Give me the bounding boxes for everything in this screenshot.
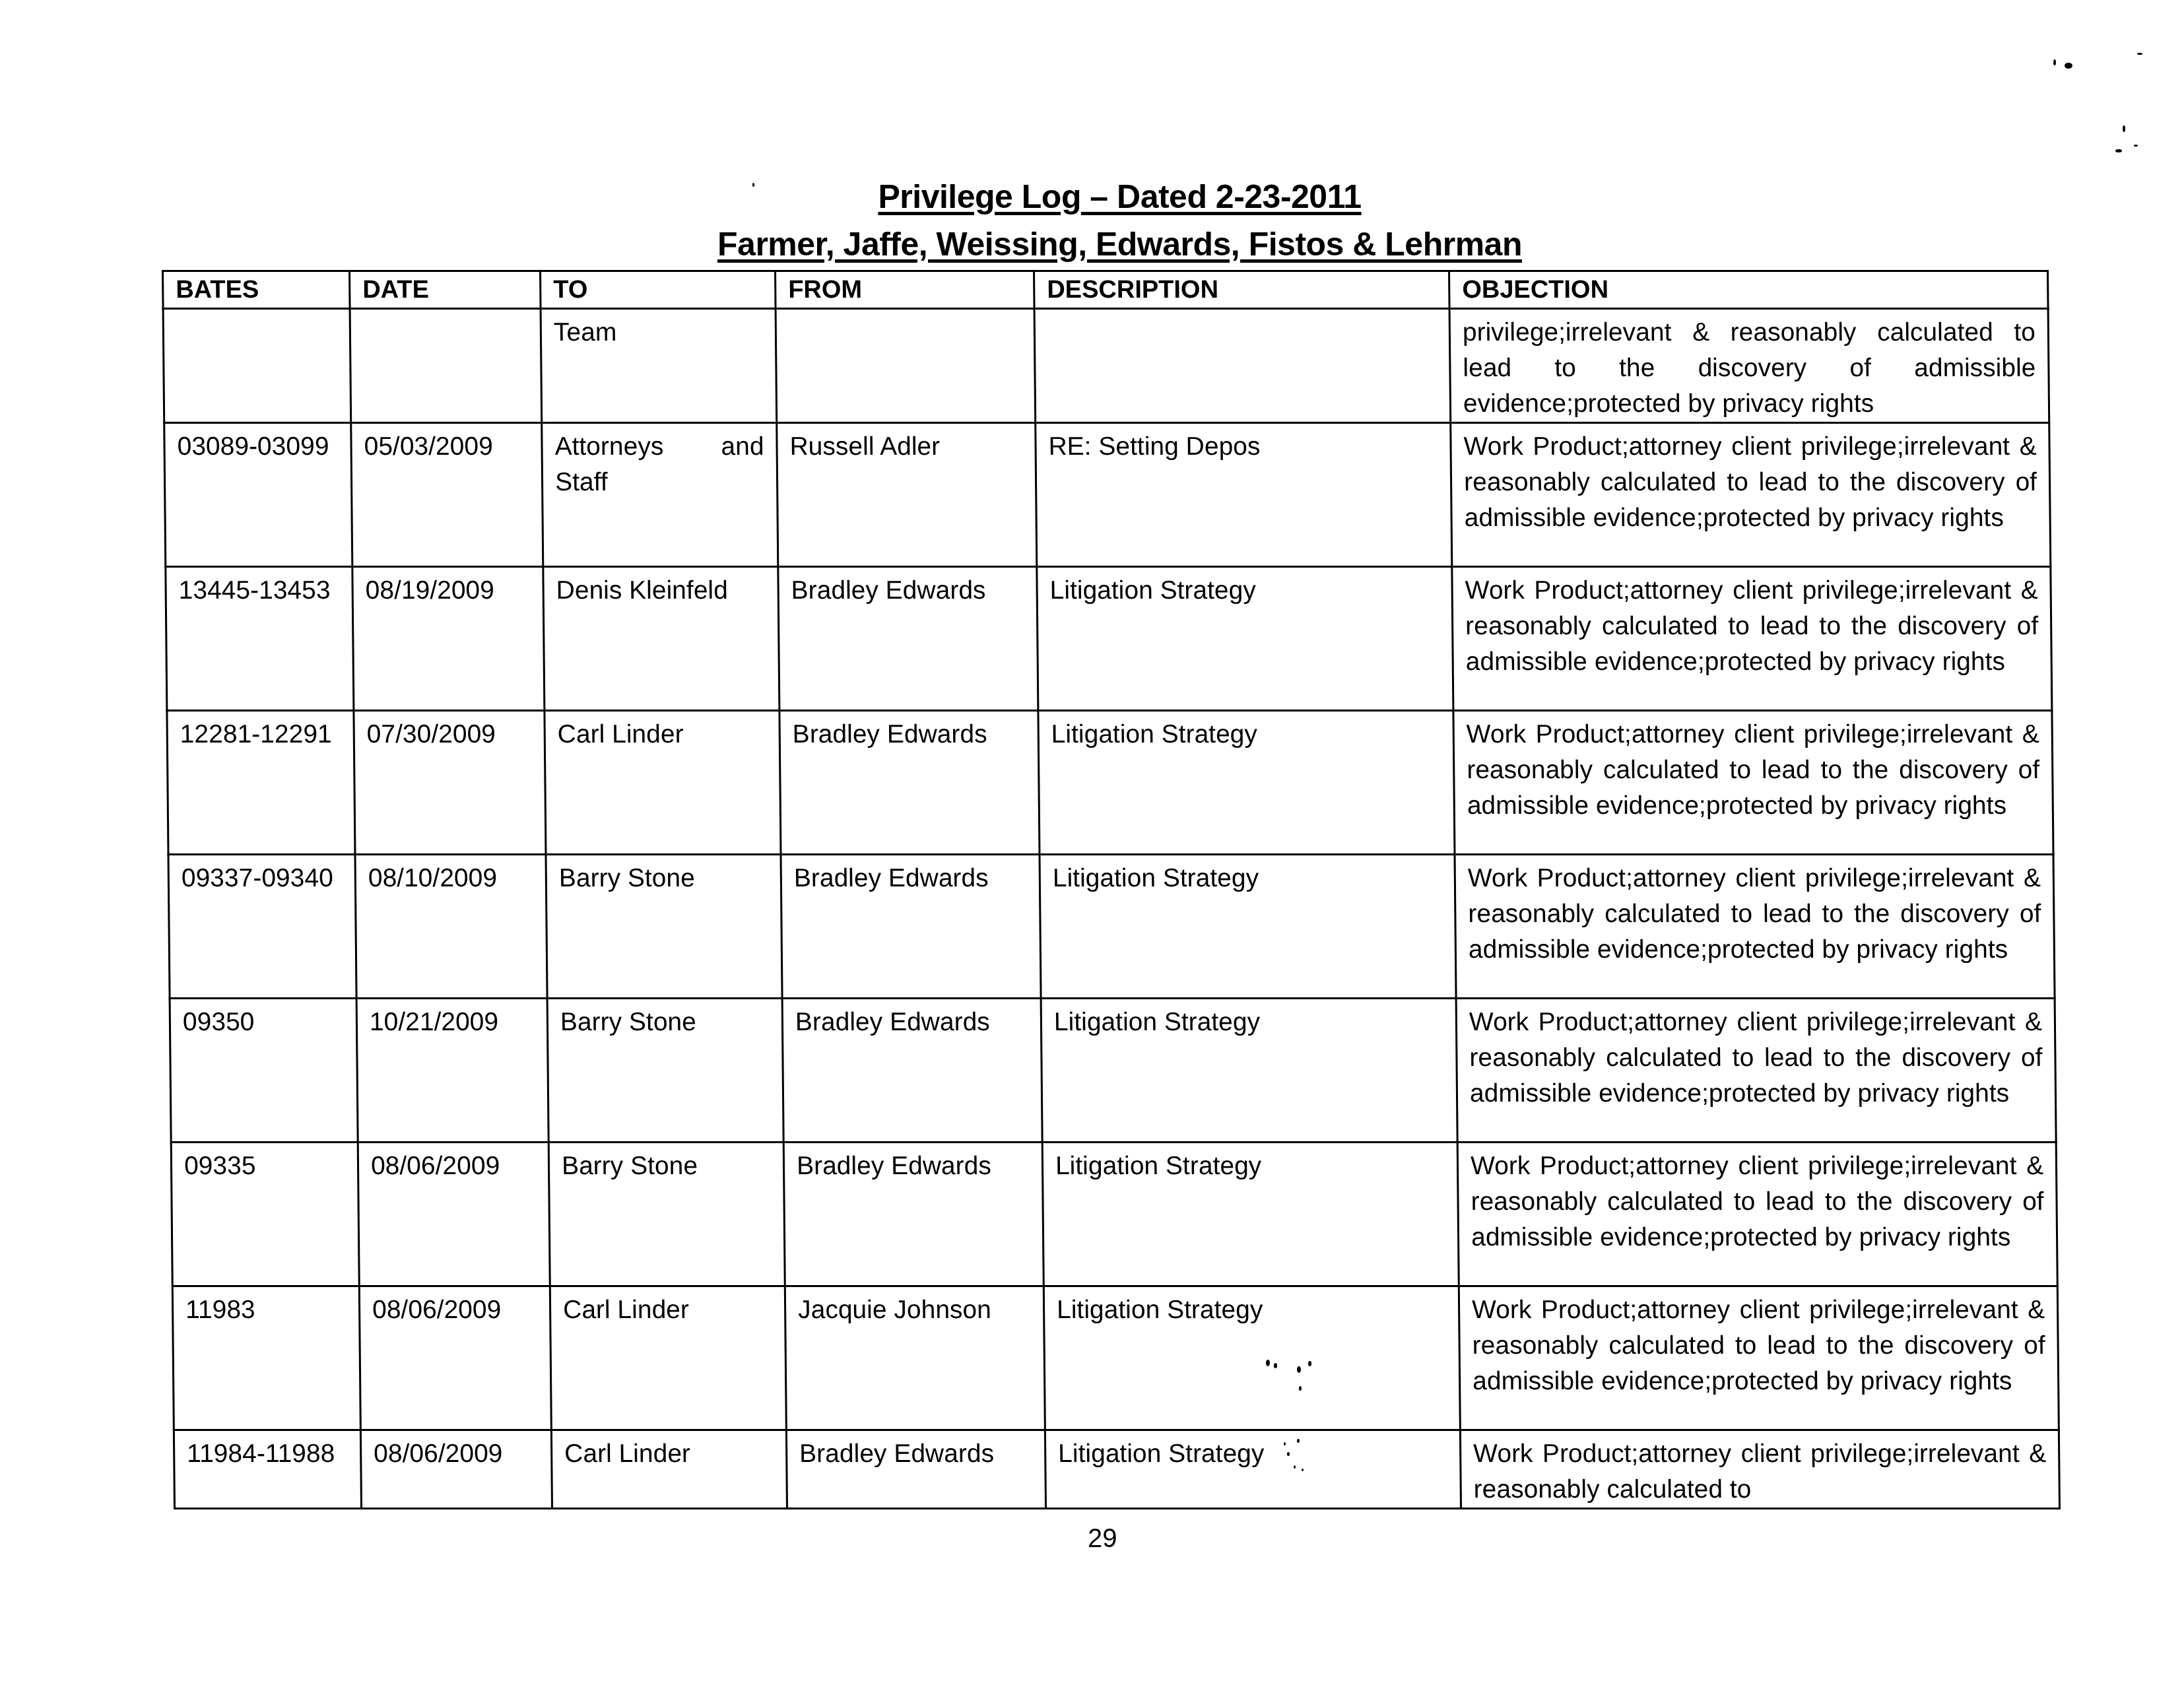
column-header-to: TO	[541, 271, 776, 309]
from-cell: Bradley Edwards	[779, 711, 1040, 855]
table-row: 12281-1229107/30/2009Carl LinderBradley …	[167, 711, 2053, 855]
table-body: Teamprivilege;irrelevant & reasonably ca…	[163, 309, 2059, 1509]
date-cell: 08/10/2009	[355, 855, 547, 999]
bates-cell: 11983	[172, 1286, 360, 1430]
scan-speck	[1297, 1366, 1301, 1373]
from-cell: Bradley Edwards	[782, 999, 1042, 1143]
description-cell: Litigation Strategy	[1045, 1430, 1461, 1509]
bates-cell: 03089-03099	[164, 423, 352, 567]
description-cell: Litigation Strategy	[1042, 1143, 1459, 1286]
description-cell: RE: Setting Depos	[1036, 423, 1452, 567]
scan-speck	[2065, 63, 2072, 69]
date-cell: 08/06/2009	[360, 1430, 552, 1509]
bates-cell: 09337-09340	[168, 855, 356, 999]
to-cell: Barry Stone	[546, 855, 782, 999]
from-cell: Bradley Edwards	[786, 1430, 1045, 1509]
from-cell: Russell Adler	[777, 423, 1037, 567]
objection-cell: Work Product;attorney client privilege;i…	[1452, 567, 2052, 711]
to-cell: Attorneys and Staff	[542, 423, 778, 567]
scan-speck	[1294, 1465, 1296, 1469]
table-row: 0933508/06/2009Barry StoneBradley Edward…	[171, 1143, 2057, 1286]
bates-cell: 09335	[171, 1143, 359, 1286]
description-cell: Litigation Strategy	[1037, 567, 1453, 711]
table-row: Teamprivilege;irrelevant & reasonably ca…	[163, 309, 2049, 423]
table-header-row: BATES DATE TO FROM DESCRIPTION OBJECTION	[163, 271, 2049, 309]
scan-speck	[1299, 1386, 1302, 1391]
table-row: 11984-1198808/06/2009Carl LinderBradley …	[174, 1430, 2059, 1509]
bates-cell: 12281-12291	[167, 711, 355, 855]
objection-cell: Work Product;attorney client privilege;i…	[1453, 711, 2053, 855]
objection-cell: Work Product;attorney client privilege;i…	[1456, 999, 2056, 1143]
document-title: Privilege Log – Dated 2-23-2011	[28, 177, 2184, 216]
date-cell	[350, 309, 542, 423]
to-cell: Barry Stone	[547, 999, 783, 1143]
to-cell: Carl Linder	[550, 1286, 786, 1430]
column-header-objection: OBJECTION	[1449, 271, 2049, 309]
table-row: 1198308/06/2009Carl LinderJacquie Johnso…	[172, 1286, 2059, 1430]
scan-speck	[2053, 59, 2056, 65]
to-cell: Team	[541, 309, 777, 423]
objection-cell: Work Product;attorney client privilege;i…	[1455, 855, 2055, 999]
to-cell: Carl Linder	[551, 1430, 787, 1509]
column-header-date: DATE	[350, 271, 541, 309]
scan-speck	[752, 183, 754, 187]
objection-cell: Work Product;attorney client privilege;i…	[1457, 1143, 2057, 1286]
to-cell: Denis Kleinfeld	[543, 567, 779, 711]
date-cell: 10/21/2009	[356, 999, 548, 1143]
document-subtitle: Farmer, Jaffe, Weissing, Edwards, Fistos…	[28, 224, 2184, 264]
date-cell: 08/06/2009	[358, 1143, 550, 1286]
scan-speck	[1274, 1363, 1277, 1368]
privilege-log-table-container: BATES DATE TO FROM DESCRIPTION OBJECTION…	[162, 270, 2061, 1509]
from-cell: Bradley Edwards	[778, 567, 1038, 711]
description-cell: Litigation Strategy	[1038, 711, 1455, 855]
column-header-from: FROM	[776, 271, 1035, 309]
to-cell: Carl Linder	[545, 711, 781, 855]
to-cell: Barry Stone	[548, 1143, 785, 1286]
description-cell: Litigation Strategy	[1041, 999, 1457, 1143]
objection-cell: Work Product;attorney client privilege;i…	[1451, 423, 2051, 567]
description-cell	[1034, 309, 1451, 423]
description-cell: Litigation Strategy	[1043, 1286, 1460, 1430]
scan-speck	[1302, 1469, 1304, 1471]
from-cell: Bradley Edwards	[783, 1143, 1043, 1286]
from-cell: Bradley Edwards	[781, 855, 1041, 999]
scan-speck	[2134, 145, 2138, 147]
column-header-bates: BATES	[163, 271, 350, 309]
bates-cell: 09350	[170, 999, 358, 1143]
privilege-log-table: BATES DATE TO FROM DESCRIPTION OBJECTION…	[162, 270, 2061, 1509]
bates-cell: 13445-13453	[166, 567, 354, 711]
bates-cell: 11984-11988	[174, 1430, 361, 1509]
date-cell: 07/30/2009	[354, 711, 546, 855]
table-row: 0935010/21/2009Barry StoneBradley Edward…	[170, 999, 2056, 1143]
date-cell: 08/19/2009	[352, 567, 545, 711]
from-cell	[776, 309, 1036, 423]
table-row: 13445-1345308/19/2009Denis KleinfeldBrad…	[166, 567, 2052, 711]
scan-speck	[1287, 1452, 1290, 1456]
objection-cell: Work Product;attorney client privilege;i…	[1460, 1430, 2059, 1509]
date-cell: 08/06/2009	[359, 1286, 551, 1430]
scan-speck	[1297, 1439, 1300, 1443]
scan-speck	[2123, 125, 2125, 132]
objection-cell: privilege;irrelevant & reasonably calcul…	[1449, 309, 2049, 423]
page-number: 29	[1088, 1522, 1117, 1555]
table-row: 03089-0309905/03/2009Attorneys and Staff…	[164, 423, 2051, 567]
description-cell: Litigation Strategy	[1040, 855, 1456, 999]
column-header-description: DESCRIPTION	[1034, 271, 1450, 309]
bates-cell	[163, 309, 351, 423]
from-cell: Jacquie Johnson	[785, 1286, 1045, 1430]
objection-cell: Work Product;attorney client privilege;i…	[1459, 1286, 2059, 1430]
scan-speck	[1308, 1361, 1311, 1366]
scan-speck	[1266, 1360, 1270, 1366]
scan-speck	[2137, 53, 2142, 55]
scan-speck	[1284, 1442, 1286, 1445]
date-cell: 05/03/2009	[351, 423, 543, 567]
scan-speck	[2115, 149, 2122, 152]
table-row: 09337-0934008/10/2009Barry StoneBradley …	[168, 855, 2055, 999]
